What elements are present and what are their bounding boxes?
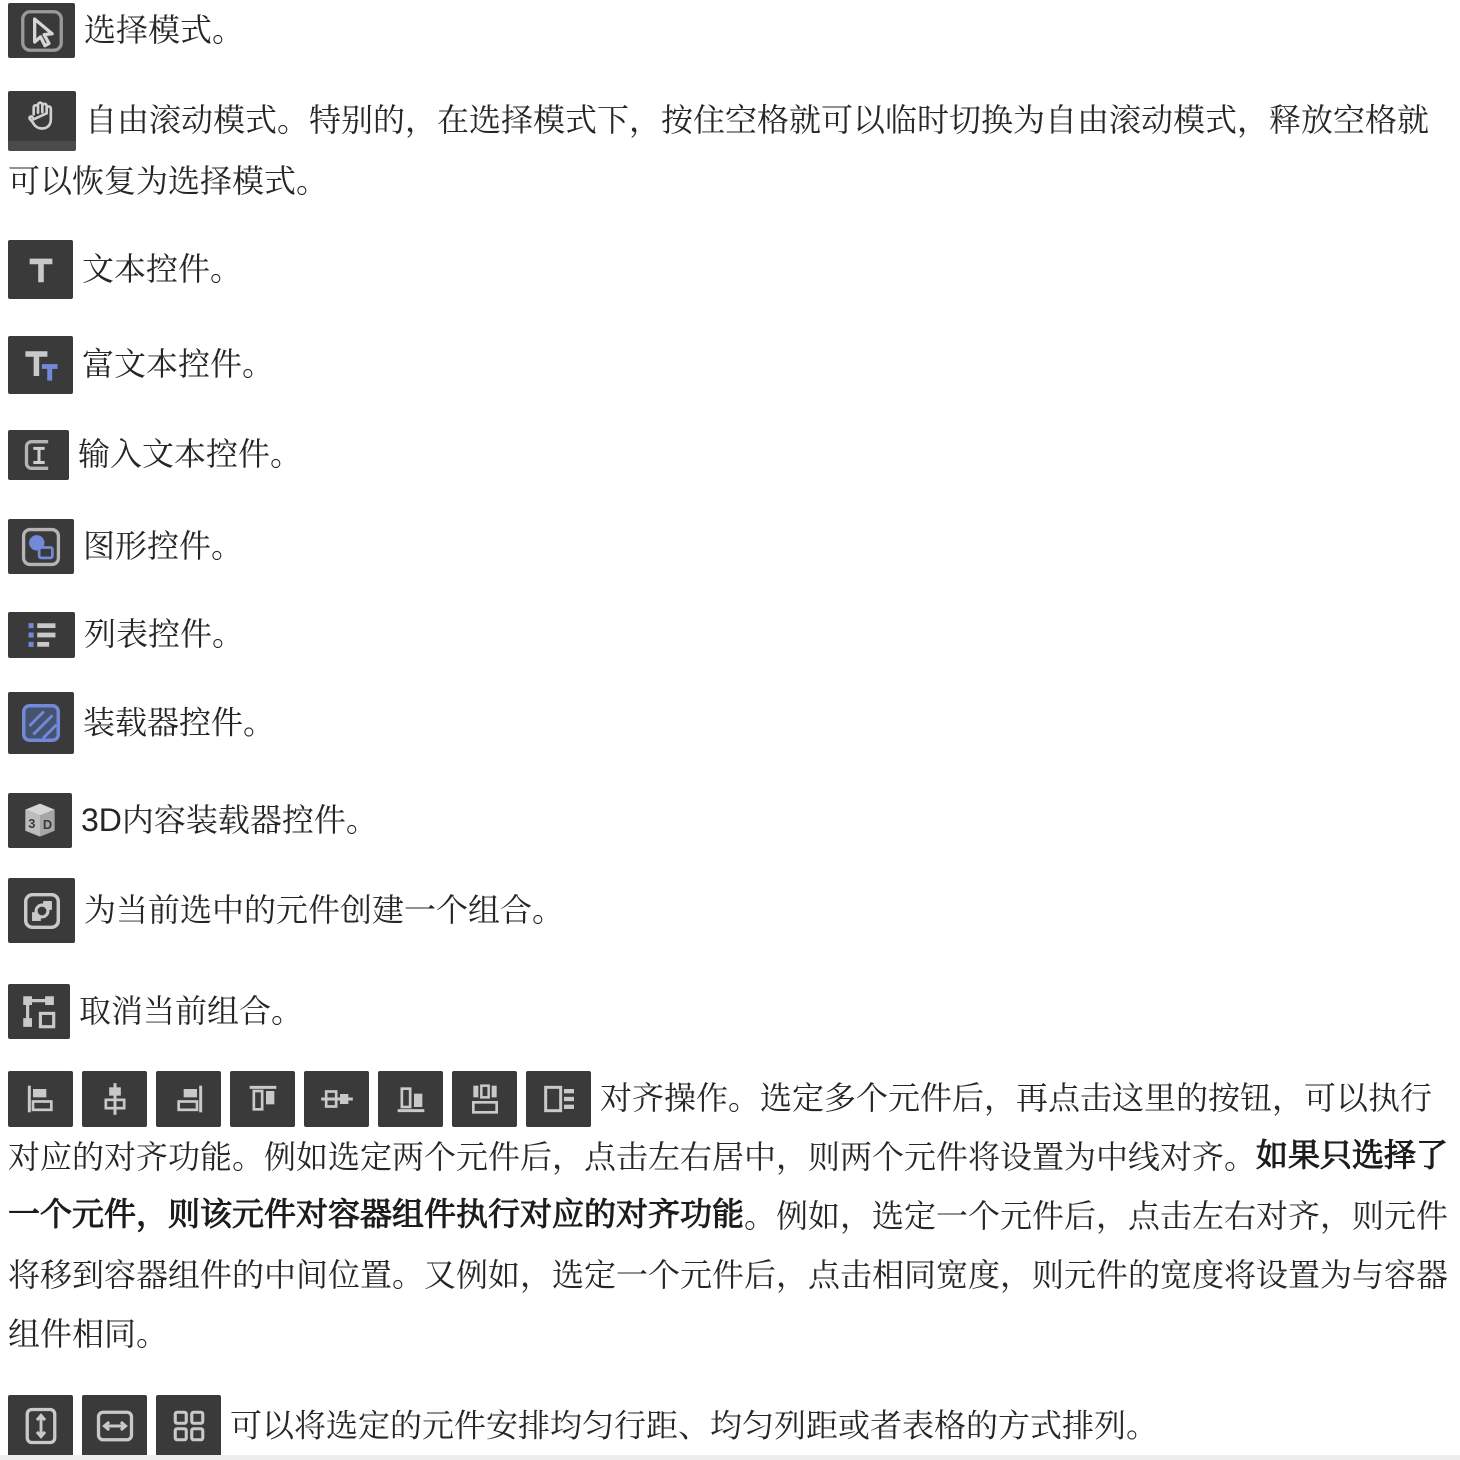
arrange-text: 可以将选定的元件安排均匀行距、均匀列距或者表格的方式排列。 — [230, 1408, 1158, 1444]
align-right-icon — [169, 1079, 209, 1119]
row-text: 列表控件。 — [84, 616, 244, 652]
align-horizontal-center-icon — [95, 1079, 135, 1119]
cube-3d-icon: 3 D — [18, 799, 62, 843]
doc-row-loader-3d-widget: 3 D 3D内容装载器控件。 — [8, 790, 1454, 849]
row-text: 为当前选中的元件创建一个组合。 — [84, 892, 564, 928]
align-top-button-image — [230, 1071, 295, 1127]
align-top-icon — [243, 1079, 283, 1119]
loader-3d-button-image: 3 D — [8, 793, 72, 848]
rich-text-icon — [18, 343, 64, 387]
list-widget-button-image — [8, 612, 75, 658]
text-icon — [20, 248, 62, 292]
doc-row-rich-text-widget: 富文本控件。 — [8, 334, 1454, 394]
doc-row-graphic-widget: 图形控件。 — [8, 516, 1454, 575]
svg-text:D: D — [43, 817, 52, 832]
select-mode-button-image — [8, 3, 75, 58]
rich-text-widget-button-image — [8, 336, 73, 394]
align-right-button-image — [156, 1071, 221, 1127]
same-size-icon — [539, 1079, 579, 1119]
same-size-button-image — [526, 1071, 591, 1127]
even-row-spacing-icon — [19, 1403, 63, 1449]
create-group-button-image — [8, 878, 75, 943]
doc-row-text-widget: 文本控件。 — [8, 239, 1454, 299]
doc-row-list-widget: 列表控件。 — [8, 604, 1454, 663]
pan-mode-button — [8, 91, 76, 141]
row-text: 3D内容装载器控件。 — [81, 802, 378, 838]
pan-mode-button-image — [8, 91, 76, 151]
doc-row-select-mode: 选择模式。 — [8, 0, 1454, 59]
input-text-widget-button-image — [8, 430, 69, 480]
group-icon — [19, 888, 65, 934]
svg-text:3: 3 — [28, 816, 35, 831]
align-bottom-icon — [391, 1079, 431, 1119]
row-text: 选择模式。 — [84, 12, 244, 48]
align-vertical-center-button-image — [304, 1071, 369, 1127]
cropped-next-button-edge — [8, 141, 76, 151]
align-left-button-image — [8, 1071, 73, 1127]
doc-row-free-scroll-mode: 自由滚动模式。特别的，在选择模式下，按住空格就可以临时切换为自由滚动模式，释放空… — [8, 90, 1454, 210]
align-bottom-button-image — [378, 1071, 443, 1127]
grid-arrange-icon — [167, 1403, 211, 1449]
row-text: 装载器控件。 — [83, 705, 275, 741]
text-widget-button-image — [8, 240, 73, 299]
ungroup-icon — [18, 991, 60, 1033]
align-vertical-center-icon — [317, 1079, 357, 1119]
loader-icon — [18, 700, 64, 746]
even-column-spacing-icon — [93, 1403, 137, 1449]
loader-widget-button-image — [8, 692, 74, 754]
row-text: 取消当前组合。 — [79, 993, 303, 1029]
even-row-spacing-button-image — [8, 1395, 73, 1457]
same-width-button-image — [452, 1071, 517, 1127]
grid-arrange-button-image — [156, 1395, 221, 1457]
doc-row-create-group: 为当前选中的元件创建一个组合。 — [8, 878, 1454, 943]
same-width-icon — [465, 1079, 505, 1119]
align-text-pre: 对齐操作。选定多个元件后，再点击这里的按钮，可以执行对应的对齐功能。例如选定两个… — [8, 1080, 1432, 1175]
even-column-spacing-button-image — [82, 1395, 147, 1457]
row-text: 图形控件。 — [83, 528, 243, 564]
doc-row-loader-widget: 装载器控件。 — [8, 692, 1454, 754]
hand-icon — [22, 96, 62, 136]
input-text-icon — [17, 435, 61, 475]
row-text: 自由滚动模式。特别的，在选择模式下，按住空格就可以临时切换为自由滚动模式，释放空… — [8, 102, 1429, 199]
row-text: 富文本控件。 — [82, 346, 274, 382]
list-icon — [20, 616, 64, 654]
align-horizontal-center-button-image — [82, 1071, 147, 1127]
row-text: 输入文本控件。 — [78, 436, 302, 472]
doc-row-ungroup: 取消当前组合。 — [8, 981, 1454, 1040]
doc-row-input-text-widget: 输入文本控件。 — [8, 424, 1454, 483]
row-text: 文本控件。 — [82, 251, 242, 287]
shape-icon — [19, 525, 63, 569]
page-bottom-divider — [0, 1455, 1460, 1460]
doc-row-arrange: 可以将选定的元件安排均匀行距、均匀列距或者表格的方式排列。 — [8, 1395, 1454, 1457]
ungroup-button-image — [8, 984, 70, 1039]
doc-row-align-operations: 对齐操作。选定多个元件后，再点击这里的按钮，可以执行对应的对齐功能。例如选定两个… — [8, 1068, 1454, 1363]
graphic-widget-button-image — [8, 519, 74, 574]
align-left-icon — [21, 1079, 61, 1119]
cursor-icon — [18, 9, 66, 53]
